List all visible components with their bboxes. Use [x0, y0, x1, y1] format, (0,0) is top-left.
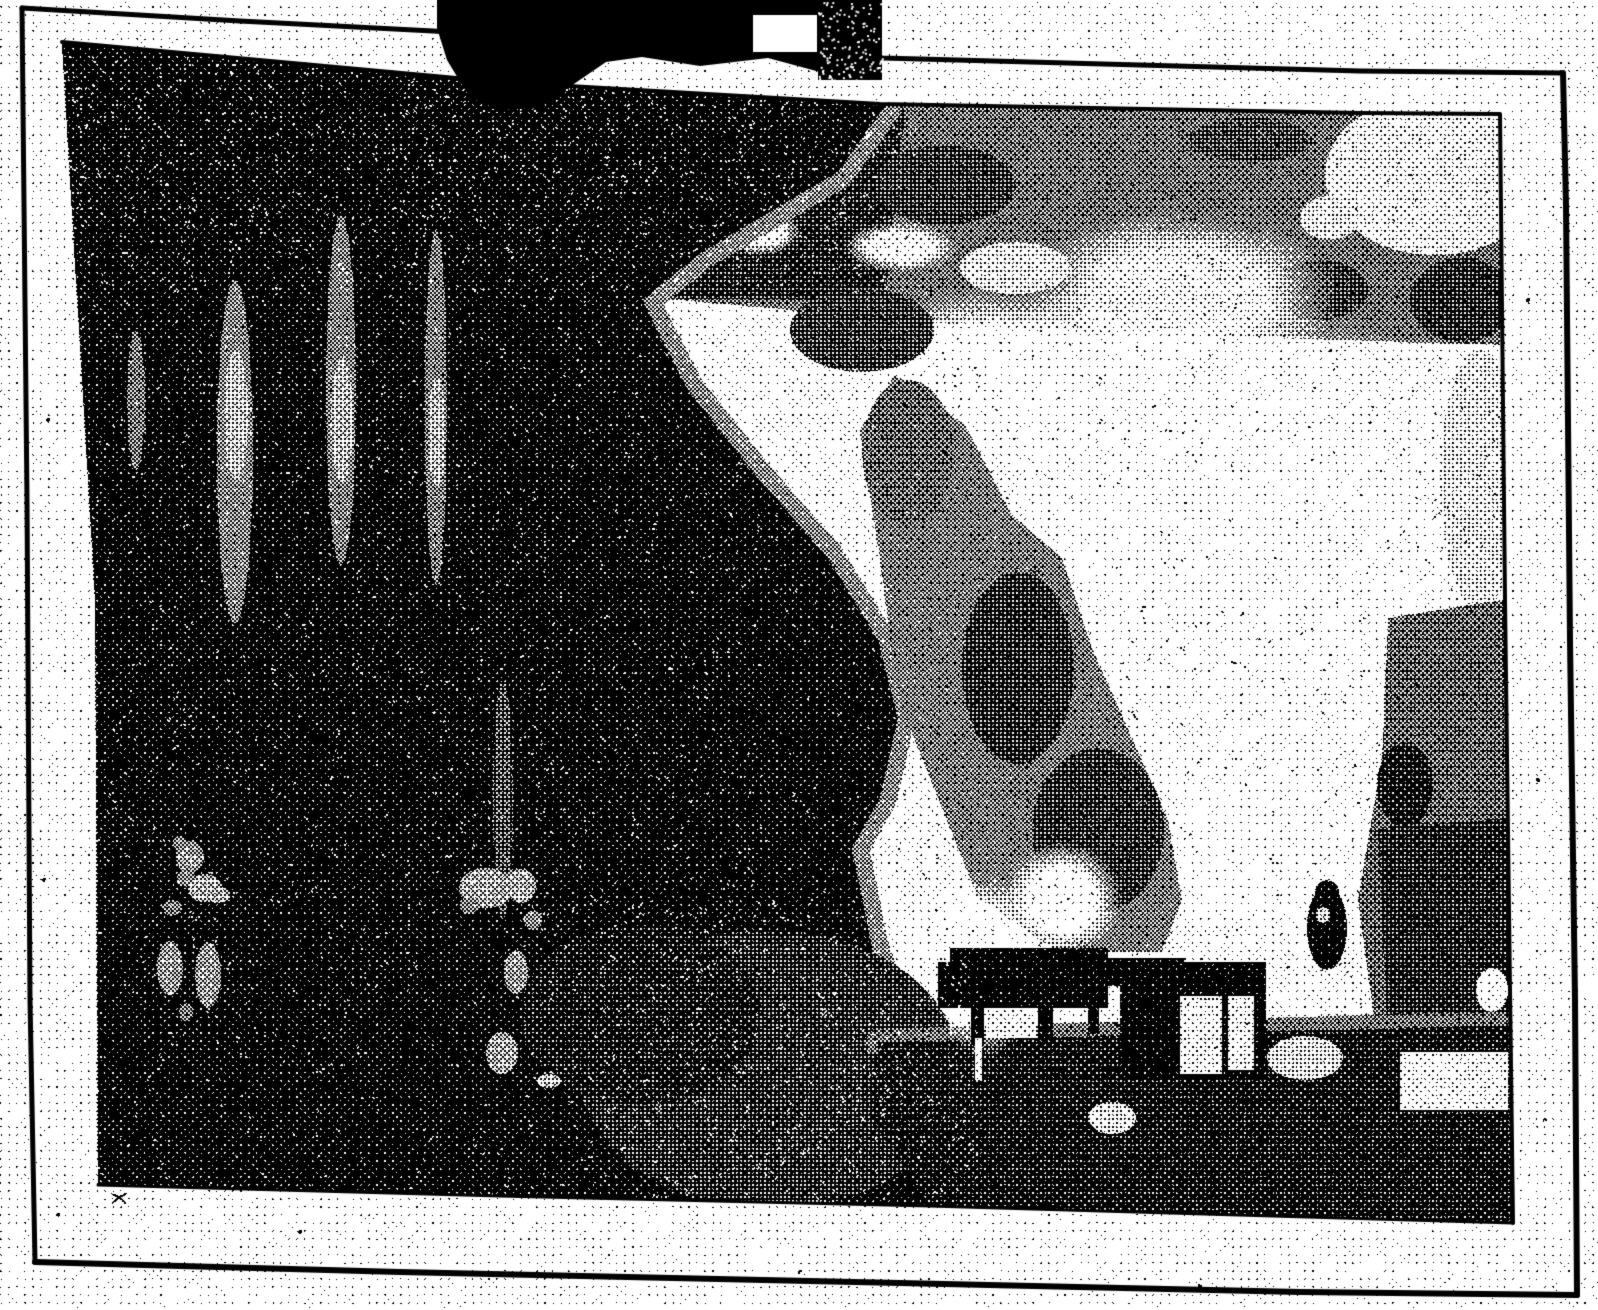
photo-frame: Black-and-white halftone scan of a photo… [0, 0, 1598, 1310]
halftone-photo-canvas [0, 0, 1598, 1310]
scan-page: Black-and-white halftone scan of a photo… [0, 0, 1598, 1310]
